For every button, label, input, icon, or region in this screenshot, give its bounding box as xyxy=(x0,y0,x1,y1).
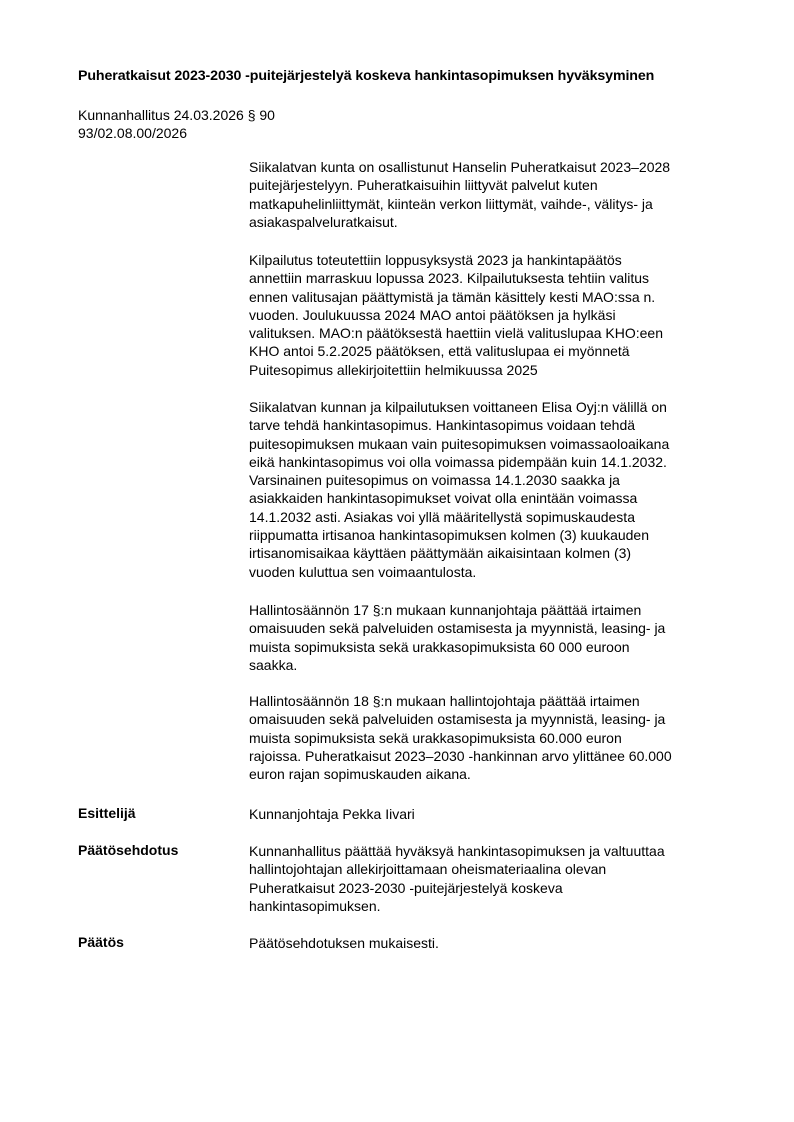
text-line: asiakaspalveluratkaisut. xyxy=(249,213,749,231)
background-paragraph-5: Hallintosäännön 18 §:n mukaan hallintojo… xyxy=(249,692,749,783)
text-line: irtisanomisaikaa käyttäen päättymään aik… xyxy=(249,544,749,562)
background-paragraph-1: Siikalatvan kunta on osallistunut Hansel… xyxy=(249,158,749,231)
background-paragraph-4: Hallintosäännön 17 §:n mukaan kunnanjoht… xyxy=(249,601,749,674)
paragraph: Kilpailutus toteutettiin loppusyksystä 2… xyxy=(249,251,749,379)
record-number: 93/02.08.00/2026 xyxy=(78,124,275,142)
text-line: euron rajan sopimuskauden aikana. xyxy=(249,765,749,783)
text-line: Siikalatvan kunnan ja kilpailutuksen voi… xyxy=(249,398,749,416)
text-line: KHO antoi 5.2.2025 päätöksen, että valit… xyxy=(249,342,749,360)
background-paragraph-2: Kilpailutus toteutettiin loppusyksystä 2… xyxy=(249,251,749,379)
text-line: Kunnanjohtaja Pekka Iivari xyxy=(249,806,415,822)
text-line: saakka. xyxy=(249,656,749,674)
text-line: muista sopimuksista sekä urakkasopimuksi… xyxy=(249,729,749,747)
paragraph: Siikalatvan kunnan ja kilpailutuksen voi… xyxy=(249,398,749,581)
document-title: Puheratkaisut 2023-2030 -puitejärjestely… xyxy=(78,68,654,84)
decision-text: Päätösehdotuksen mukaisesti. xyxy=(249,934,749,952)
text-line: muista sopimuksista sekä urakkasopimuksi… xyxy=(249,638,749,656)
text-line: Varsinainen puitesopimus on voimassa 14.… xyxy=(249,471,749,489)
text-line: Hallintosäännön 17 §:n mukaan kunnanjoht… xyxy=(249,601,749,619)
presenter-value: Kunnanjohtaja Pekka Iivari xyxy=(249,805,749,823)
text-line: omaisuuden sekä palveluiden ostamisesta … xyxy=(249,619,749,637)
text-line: hallintojohtajan allekirjoittamaan oheis… xyxy=(249,860,749,878)
presenter-label: Esittelijä xyxy=(78,805,136,821)
text-line: puitejärjestelyyn. Puheratkaisuihin liit… xyxy=(249,176,749,194)
paragraph: Hallintosäännön 17 §:n mukaan kunnanjoht… xyxy=(249,601,749,674)
meeting-body-date: Kunnanhallitus 24.03.2026 § 90 xyxy=(78,106,275,124)
text-line: Päätösehdotuksen mukaisesti. xyxy=(249,935,439,951)
text-line: matkapuhelinliittymät, kiinteän verkon l… xyxy=(249,195,749,213)
text-line: valituksen. MAO:n päätöksestä haettiin v… xyxy=(249,324,749,342)
proposal-text: Kunnanhallitus päättää hyväksyä hankinta… xyxy=(249,842,749,915)
text-line: puitesopimuksen mukaan vain puitesopimuk… xyxy=(249,435,749,453)
paragraph: Kunnanhallitus päättää hyväksyä hankinta… xyxy=(249,842,749,915)
text-line: eikä hankintasopimus voi olla voimassa p… xyxy=(249,453,749,471)
text-line: Kunnanhallitus päättää hyväksyä hankinta… xyxy=(249,842,749,860)
text-line: omaisuuden sekä palveluiden ostamisesta … xyxy=(249,710,749,728)
background-paragraph-3: Siikalatvan kunnan ja kilpailutuksen voi… xyxy=(249,398,749,581)
text-line: ennen valitusajan päättymistä ja tämän k… xyxy=(249,288,749,306)
text-line: Puheratkaisut 2023-2030 -puitejärjestely… xyxy=(249,879,749,897)
text-line: Kilpailutus toteutettiin loppusyksystä 2… xyxy=(249,251,749,269)
text-line: asiakkaiden hankintasopimukset voivat ol… xyxy=(249,489,749,507)
text-line: 14.1.2032 asti. Asiakas voi yllä määrite… xyxy=(249,508,749,526)
text-line: annettiin marraskuu lopussa 2023. Kilpai… xyxy=(249,269,749,287)
text-line: vuoden kuluttua sen voimaantulosta. xyxy=(249,563,749,581)
text-line: Puitesopimus allekirjoitettiin helmikuus… xyxy=(249,361,749,379)
paragraph: Hallintosäännön 18 §:n mukaan hallintojo… xyxy=(249,692,749,783)
text-line: Siikalatvan kunta on osallistunut Hansel… xyxy=(249,158,749,176)
text-line: vuoden. Joulukuussa 2024 MAO antoi päätö… xyxy=(249,306,749,324)
proposal-label: Päätösehdotus xyxy=(78,842,178,858)
paragraph: Siikalatvan kunta on osallistunut Hansel… xyxy=(249,158,749,231)
text-line: Hallintosäännön 18 §:n mukaan hallintojo… xyxy=(249,692,749,710)
text-line: riippumatta irtisanoa hankintasopimuksen… xyxy=(249,526,749,544)
text-line: tarve tehdä hankintasopimus. Hankintasop… xyxy=(249,416,749,434)
decision-label: Päätös xyxy=(78,934,124,950)
text-line: hankintasopimuksen. xyxy=(249,897,749,915)
document-meta: Kunnanhallitus 24.03.2026 § 90 93/02.08.… xyxy=(78,106,275,142)
text-line: rajoissa. Puheratkaisut 2023–2030 -hanki… xyxy=(249,747,749,765)
